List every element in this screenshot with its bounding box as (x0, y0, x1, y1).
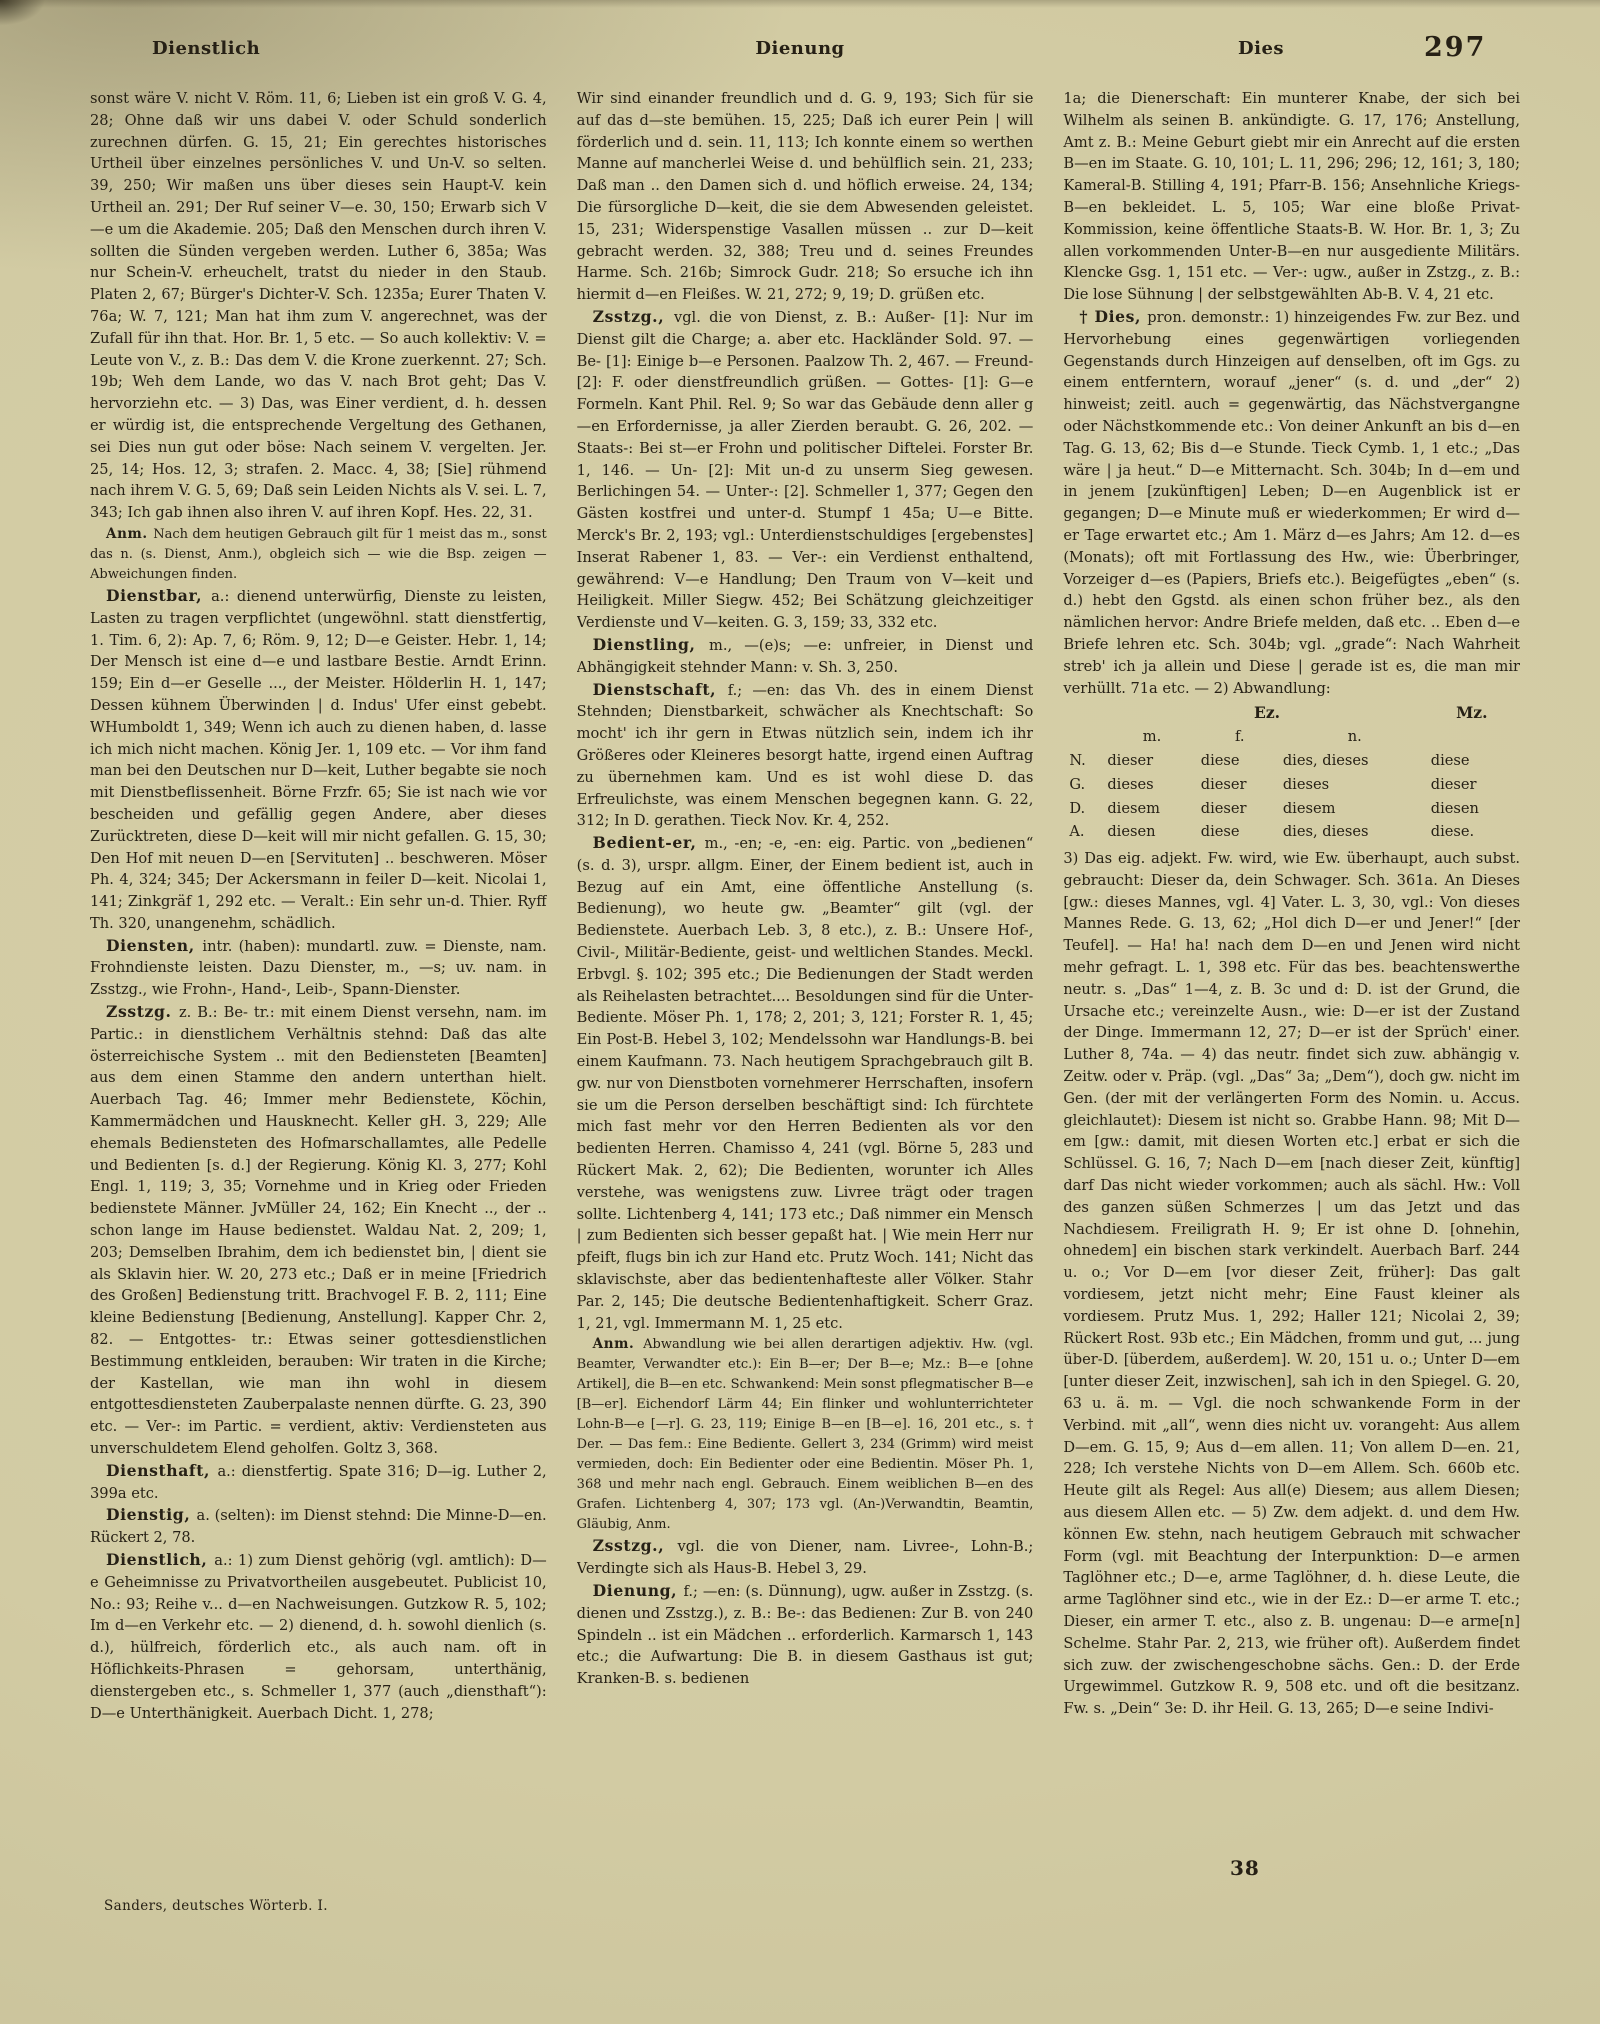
declension-cell-mz: diese (1429, 749, 1515, 773)
declension-cell-f: diese (1199, 749, 1281, 773)
volume-signature: Sanders, deutsches Wörterb. I. (104, 1898, 328, 1914)
entry-paragraph: Anm. Nach dem heutigen Gebrauch gilt für… (90, 524, 547, 585)
declension-cell-mz: diesen (1429, 797, 1515, 821)
running-head: Dienstlich Dienung Dies 297 (0, 38, 1600, 68)
declension-row: N.dieserdiesedies, diesesdiese (1067, 749, 1515, 773)
entry-paragraph: Zsstzg. z. B.: Be- tr.: mit einem Dienst… (90, 1001, 547, 1460)
declension-cell-m: dieser (1105, 749, 1198, 773)
declension-cell-f: dieser (1199, 773, 1281, 797)
entry-paragraph: Zsstzg., vgl. die von Dienst, z. B.: Auß… (577, 306, 1034, 634)
declension-cell-m: diesem (1105, 797, 1198, 821)
table-gender-header: f. (1199, 725, 1281, 749)
headword: Anm. (106, 526, 153, 542)
headword: Dienstbar, (106, 586, 211, 605)
headword: Zsstzg. (106, 1002, 179, 1021)
entry-paragraph: Dienstschaft, f.; —en: das Vh. des in ei… (577, 679, 1034, 833)
declension-cell-f: diese (1199, 820, 1281, 844)
entry-paragraph: Anm. Abwandlung wie bei allen derartigen… (577, 1334, 1034, 1535)
running-head-center: Dienung (755, 38, 844, 59)
headword: Bedient-er, (593, 833, 705, 852)
declension-cell-n: dieses (1281, 773, 1429, 797)
headword: Diensthaft, (106, 1461, 217, 1480)
declension-cell-case: N. (1067, 749, 1105, 773)
declension-row: G.diesesdieserdiesesdieser (1067, 773, 1515, 797)
table-header-plural: Mz. (1429, 701, 1515, 725)
entry-paragraph: Bedient-er, m., -en; -e, -en: eig. Parti… (577, 832, 1034, 1334)
entry-paragraph: Diensthaft, a.: dienstfertig. Spate 316;… (90, 1460, 547, 1505)
declension-row: A.diesendiesedies, diesesdiese. (1067, 820, 1515, 844)
column-2: Wir sind einander freundlich und d. G. 9… (577, 88, 1034, 1918)
headword: Dienstschaft, (593, 680, 728, 699)
entry-paragraph: Dienstbar, a.: dienend unterwürfig, Dien… (90, 585, 547, 935)
headword: Diensten, (106, 936, 202, 955)
continuation-paragraph: 1a; die Dienerschaft: Ein munterer Knabe… (1063, 88, 1520, 306)
entry-paragraph: Zsstzg., vgl. die von Diener, nam. Livre… (577, 1535, 1034, 1580)
entry-paragraph: † Dies, pron. demonstr.: 1) hinzeigendes… (1063, 306, 1520, 699)
sheet-mark: 38 (1230, 1856, 1260, 1880)
declension-cell-case: A. (1067, 820, 1105, 844)
declension-cell-f: dieser (1199, 797, 1281, 821)
column-1: sonst wäre V. nicht V. Röm. 11, 6; Liebe… (90, 88, 547, 1918)
running-head-right: Dies (1238, 38, 1284, 59)
entry-paragraph: Dienung, f.; —en: (s. Dünnung), ugw. auß… (577, 1580, 1034, 1690)
declension-cell-n: dies, dieses (1281, 820, 1429, 844)
column-3: 1a; die Dienerschaft: Ein munterer Knabe… (1063, 88, 1520, 1918)
table-header-singular: Ez. (1105, 701, 1428, 725)
headword: Anm. (593, 1336, 643, 1352)
headword: Dienung, (593, 1581, 684, 1600)
declension-cell-mz: dieser (1429, 773, 1515, 797)
declension-cell-m: diesen (1105, 820, 1198, 844)
entry-paragraph: Diensten, intr. (haben): mundartl. zuw. … (90, 935, 547, 1001)
declension-cell-n: diesem (1281, 797, 1429, 821)
continuation-paragraph: sonst wäre V. nicht V. Röm. 11, 6; Liebe… (90, 88, 547, 524)
declension-cell-mz: diese. (1429, 820, 1515, 844)
text-columns: sonst wäre V. nicht V. Röm. 11, 6; Liebe… (90, 88, 1520, 1918)
declension-cell-case: G. (1067, 773, 1105, 797)
continuation-paragraph: Wir sind einander freundlich und d. G. 9… (577, 88, 1034, 306)
declension-cell-m: dieses (1105, 773, 1198, 797)
headword: Dienstig, (106, 1505, 197, 1524)
headword: Zsstzg., (593, 307, 674, 326)
entry-paragraph: Dienstlich, a.: 1) zum Dienst gehörig (v… (90, 1549, 547, 1724)
entry-paragraph: Dienstling, m., —(e)s; —e: unfreier, in … (577, 634, 1034, 679)
running-head-left: Dienstlich (152, 38, 260, 59)
table-gender-header: m. (1105, 725, 1198, 749)
page-number: 297 (1424, 32, 1486, 63)
continuation-paragraph: 3) Das eig. adjekt. Fw. wird, wie Ew. üb… (1063, 848, 1520, 1720)
table-gender-header: n. (1281, 725, 1429, 749)
headword: Zsstzg., (593, 1536, 678, 1555)
dictionary-page: Dienstlich Dienung Dies 297 sonst wäre V… (0, 0, 1600, 2024)
declension-row: D.diesemdieserdiesemdiesen (1067, 797, 1515, 821)
headword: Dienstling, (593, 635, 709, 654)
declension-cell-case: D. (1067, 797, 1105, 821)
entry-paragraph: Dienstig, a. (selten): im Dienst stehnd:… (90, 1504, 547, 1549)
headword: Dienstlich, (106, 1550, 214, 1569)
headword: † Dies, (1079, 307, 1147, 326)
declension-cell-n: dies, dieses (1281, 749, 1429, 773)
declension-table: Ez.Mz.m.f.n.N.dieserdiesedies, diesesdie… (1067, 701, 1515, 844)
